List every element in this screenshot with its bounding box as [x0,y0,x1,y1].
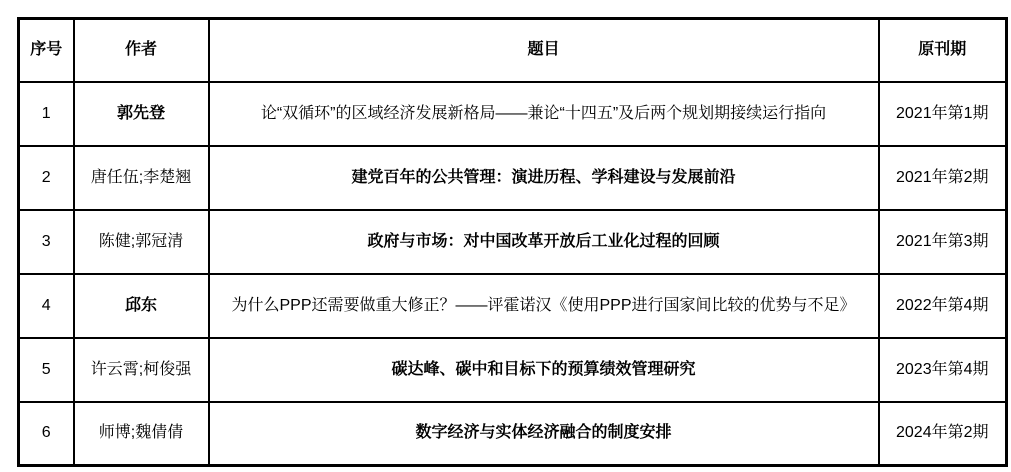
cell-index: 5 [19,338,74,402]
cell-author: 邱东 [74,274,209,338]
cell-issue: 2021年第3期 [879,210,1007,274]
cell-title: 建党百年的公共管理：演进历程、学科建设与发展前沿 [209,146,879,210]
header-cell-index: 序号 [19,19,74,82]
cell-index: 1 [19,82,74,146]
cell-title: 碳达峰、碳中和目标下的预算绩效管理研究 [209,338,879,402]
header-cell-title: 题目 [209,19,879,82]
cell-title: 论“双循环”的区域经济发展新格局——兼论“十四五”及后两个规划期接续运行指向 [209,82,879,146]
cell-issue: 2024年第2期 [879,402,1007,466]
cell-author: 陈健;郭冠清 [74,210,209,274]
article-table: 序号 作者 题目 原刊期 1 郭先登 论“双循环”的区域经济发展新格局——兼论“… [17,17,1008,467]
cell-author: 师博;魏倩倩 [74,402,209,466]
table-row: 3 陈健;郭冠清 政府与市场：对中国改革开放后工业化过程的回顾 2021年第3期 [19,210,1007,274]
cell-author: 许云霄;柯俊强 [74,338,209,402]
table-row: 5 许云霄;柯俊强 碳达峰、碳中和目标下的预算绩效管理研究 2023年第4期 [19,338,1007,402]
cell-title: 数字经济与实体经济融合的制度安排 [209,402,879,466]
table-row: 4 邱东 为什么PPP还需要做重大修正？——评霍诺汉《使用PPP进行国家间比较的… [19,274,1007,338]
cell-issue: 2022年第4期 [879,274,1007,338]
table-row: 1 郭先登 论“双循环”的区域经济发展新格局——兼论“十四五”及后两个规划期接续… [19,82,1007,146]
cell-index: 4 [19,274,74,338]
header-row: 序号 作者 题目 原刊期 [19,19,1007,82]
cell-title: 政府与市场：对中国改革开放后工业化过程的回顾 [209,210,879,274]
cell-index: 2 [19,146,74,210]
article-table-container: 序号 作者 题目 原刊期 1 郭先登 论“双循环”的区域经济发展新格局——兼论“… [17,17,1008,467]
cell-index: 6 [19,402,74,466]
cell-title: 为什么PPP还需要做重大修正？——评霍诺汉《使用PPP进行国家间比较的优势与不足… [209,274,879,338]
table-row: 6 师博;魏倩倩 数字经济与实体经济融合的制度安排 2024年第2期 [19,402,1007,466]
table-row: 2 唐任伍;李楚翘 建党百年的公共管理：演进历程、学科建设与发展前沿 2021年… [19,146,1007,210]
cell-author: 郭先登 [74,82,209,146]
cell-index: 3 [19,210,74,274]
cell-author: 唐任伍;李楚翘 [74,146,209,210]
cell-issue: 2021年第2期 [879,146,1007,210]
cell-issue: 2023年第4期 [879,338,1007,402]
header-cell-author: 作者 [74,19,209,82]
cell-issue: 2021年第1期 [879,82,1007,146]
header-cell-issue: 原刊期 [879,19,1007,82]
